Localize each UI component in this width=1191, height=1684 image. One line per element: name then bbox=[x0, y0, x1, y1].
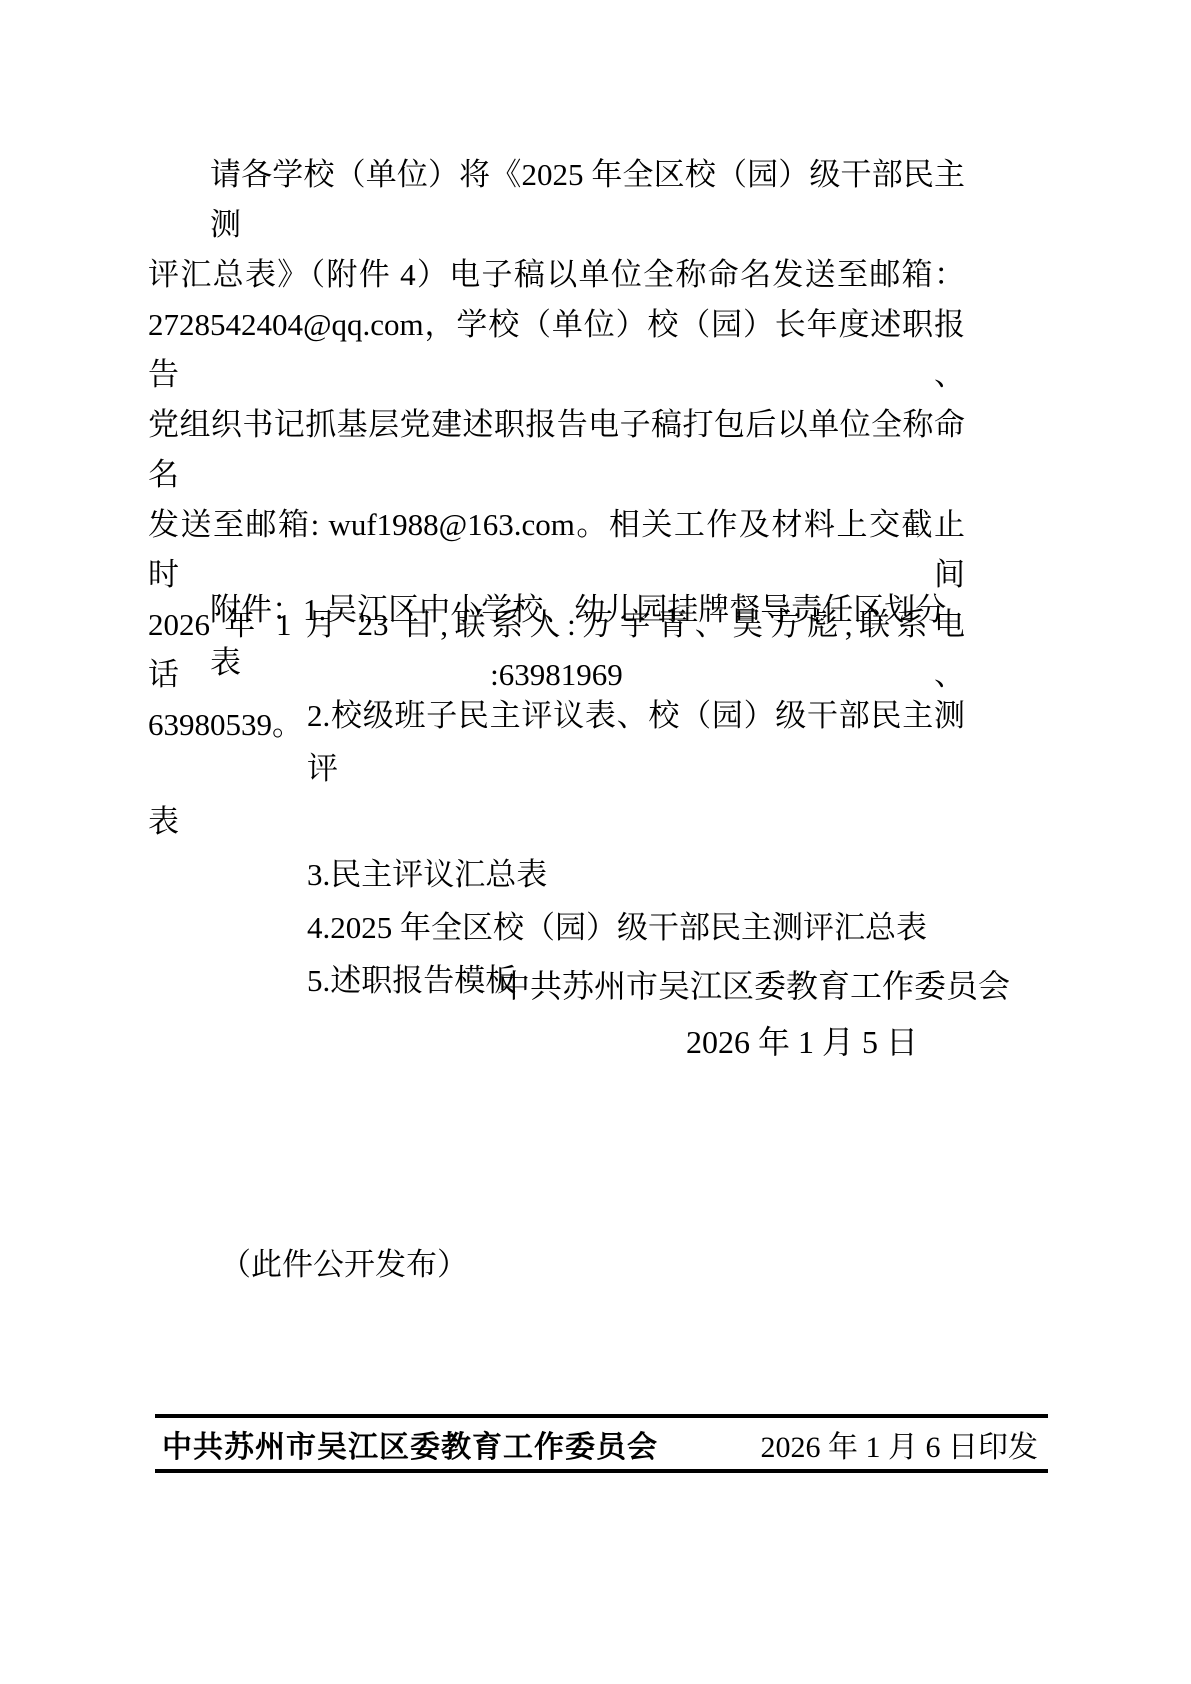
paragraph-line: 请各学校（单位）将《2025 年全区校（园）级干部民主测 bbox=[148, 150, 965, 250]
public-release-note: （此件公开发布） bbox=[148, 1240, 1037, 1290]
paragraph-line: 党组织书记抓基层党建述职报告电子稿打包后以单位全称命名 bbox=[148, 400, 965, 500]
paragraph-line: 评汇总表》（附件 4）电子稿以单位全称命名发送至邮箱： bbox=[148, 250, 965, 300]
footer-print-date: 2026 年 1 月 6 日印发 bbox=[761, 1422, 1039, 1466]
footer-issuer: 中共苏州市吴江区委教育工作委员会 bbox=[162, 1422, 658, 1466]
attachment-item-wrap: 表 bbox=[148, 795, 965, 848]
attachment-item: 4.2025 年全区校（园）级干部民主测评汇总表 bbox=[148, 901, 965, 954]
attachment-item: 2.校级班子民主评议表、校（园）级干部民主测评 bbox=[148, 689, 965, 795]
footer-rule-bottom bbox=[155, 1469, 1048, 1473]
attachment-item: 3.民主评议汇总表 bbox=[148, 848, 965, 901]
footer-row: 中共苏州市吴江区委教育工作委员会 2026 年 1 月 6 日印发 bbox=[155, 1418, 1048, 1469]
signature-date: 2026 年 1 月 5 日 bbox=[0, 1014, 1191, 1070]
footer-colophon: 中共苏州市吴江区委教育工作委员会 2026 年 1 月 6 日印发 bbox=[155, 1414, 1048, 1473]
document-page: 请各学校（单位）将《2025 年全区校（园）级干部民主测 评汇总表》（附件 4）… bbox=[0, 0, 1191, 1684]
signature-block: 中共苏州市吴江区委教育工作委员会 2026 年 1 月 5 日 bbox=[0, 958, 1191, 1070]
attachment-list: 附件：1.吴江区中小学校、幼儿园挂牌督导责任区划分表 2.校级班子民主评议表、校… bbox=[148, 583, 965, 1007]
signature-org: 中共苏州市吴江区委教育工作委员会 bbox=[0, 958, 1191, 1014]
paragraph-line: 2728542404@qq.com，学校（单位）校（园）长年度述职报告、 bbox=[148, 300, 965, 400]
attachment-item: 附件：1.吴江区中小学校、幼儿园挂牌督导责任区划分表 bbox=[148, 583, 965, 689]
